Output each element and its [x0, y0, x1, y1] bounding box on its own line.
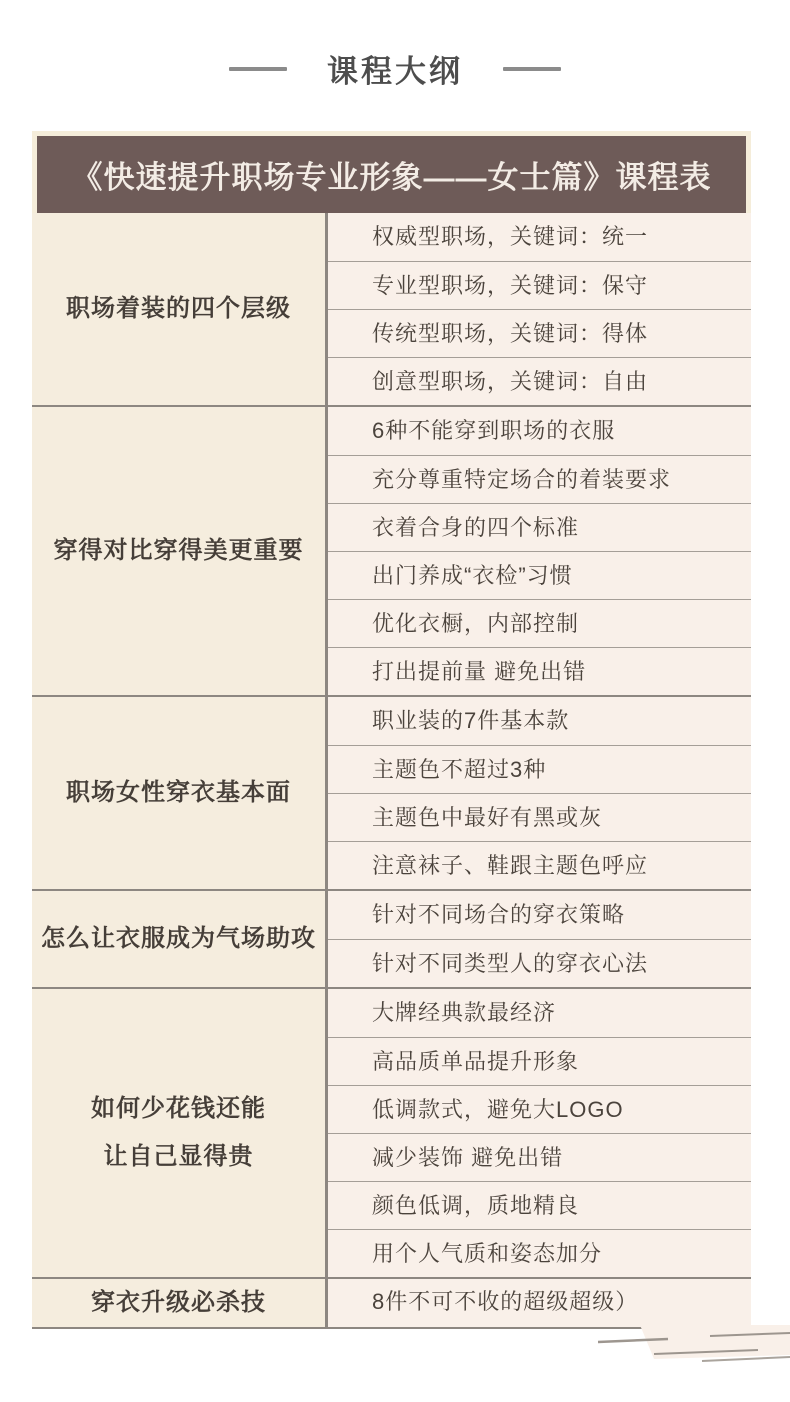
lesson-item: 用个人气质和姿态加分 [328, 1229, 751, 1277]
table-section: 穿衣升级必杀技 8件不可不收的超级超级） [32, 1277, 751, 1327]
lesson-items: 针对不同场合的穿衣策略针对不同类型人的穿衣心法 [328, 891, 751, 987]
table-section: 职场女性穿衣基本面 职业装的7件基本款主题色不超过3种主题色中最好有黑或灰注意袜… [32, 695, 751, 889]
lesson-item: 传统型职场，关键词：得体 [328, 309, 751, 357]
lesson-item: 衣着合身的四个标准 [328, 503, 751, 551]
page-title: 课程大纲 [327, 46, 463, 91]
table-section: 如何少花钱还能 让自己显得贵 大牌经典款最经济高品质单品提升形象低调款式，避免大… [32, 987, 751, 1277]
lesson-item: 高品质单品提升形象 [328, 1037, 751, 1085]
category-cell: 怎么让衣服成为气场助攻 [32, 891, 328, 987]
table-section: 职场着装的四个层级 权威型职场，关键词：统一专业型职场，关键词：保守传统型职场，… [32, 213, 751, 405]
lesson-item: 8件不可不收的超级超级） [328, 1279, 751, 1324]
lesson-item: 低调款式，避免大LOGO [328, 1085, 751, 1133]
lesson-item: 主题色不超过3种 [328, 745, 751, 793]
lesson-item: 职业装的7件基本款 [328, 697, 751, 745]
table-section: 怎么让衣服成为气场助攻 针对不同场合的穿衣策略针对不同类型人的穿衣心法 [32, 889, 751, 987]
page-curl-artifact [598, 1325, 790, 1377]
table-section: 穿得对比穿得美更重要 6种不能穿到职场的衣服充分尊重特定场合的着装要求衣着合身的… [32, 405, 751, 695]
lesson-item: 充分尊重特定场合的着装要求 [328, 455, 751, 503]
category-cell: 职场女性穿衣基本面 [32, 697, 328, 889]
lesson-item: 减少装饰 避免出错 [328, 1133, 751, 1181]
table-header-title: 《快速提升职场专业形象——女士篇》课程表 [32, 131, 751, 213]
lesson-items: 权威型职场，关键词：统一专业型职场，关键词：保守传统型职场，关键词：得体创意型职… [328, 213, 751, 405]
lesson-items: 8件不可不收的超级超级） [328, 1279, 751, 1327]
category-cell: 职场着装的四个层级 [32, 213, 328, 405]
lesson-item: 打出提前量 避免出错 [328, 647, 751, 695]
lesson-item: 6种不能穿到职场的衣服 [328, 407, 751, 455]
lesson-item: 注意袜子、鞋跟主题色呼应 [328, 841, 751, 889]
lesson-item: 创意型职场，关键词：自由 [328, 357, 751, 405]
lesson-items: 6种不能穿到职场的衣服充分尊重特定场合的着装要求衣着合身的四个标准出门养成“衣检… [328, 407, 751, 695]
lesson-item: 针对不同场合的穿衣策略 [328, 891, 751, 939]
lesson-item: 优化衣橱，内部控制 [328, 599, 751, 647]
course-table: 《快速提升职场专业形象——女士篇》课程表 职场着装的四个层级 权威型职场，关键词… [32, 131, 751, 1329]
category-cell: 穿得对比穿得美更重要 [32, 407, 328, 695]
lesson-item: 针对不同类型人的穿衣心法 [328, 939, 751, 987]
lesson-item: 大牌经典款最经济 [328, 989, 751, 1037]
table-body: 职场着装的四个层级 权威型职场，关键词：统一专业型职场，关键词：保守传统型职场，… [32, 213, 751, 1329]
title-dash-right-icon [503, 67, 561, 71]
lesson-item: 颜色低调，质地精良 [328, 1181, 751, 1229]
category-cell: 如何少花钱还能 让自己显得贵 [32, 989, 328, 1277]
category-cell: 穿衣升级必杀技 [32, 1279, 328, 1327]
lesson-item: 出门养成“衣检”习惯 [328, 551, 751, 599]
title-dash-left-icon [229, 67, 287, 71]
lesson-item: 专业型职场，关键词：保守 [328, 261, 751, 309]
lesson-items: 大牌经典款最经济高品质单品提升形象低调款式，避免大LOGO减少装饰 避免出错颜色… [328, 989, 751, 1277]
lesson-item: 主题色中最好有黑或灰 [328, 793, 751, 841]
lesson-items: 职业装的7件基本款主题色不超过3种主题色中最好有黑或灰注意袜子、鞋跟主题色呼应 [328, 697, 751, 889]
outline-title-row: 课程大纲 [0, 46, 790, 91]
lesson-item: 权威型职场，关键词：统一 [328, 213, 751, 261]
